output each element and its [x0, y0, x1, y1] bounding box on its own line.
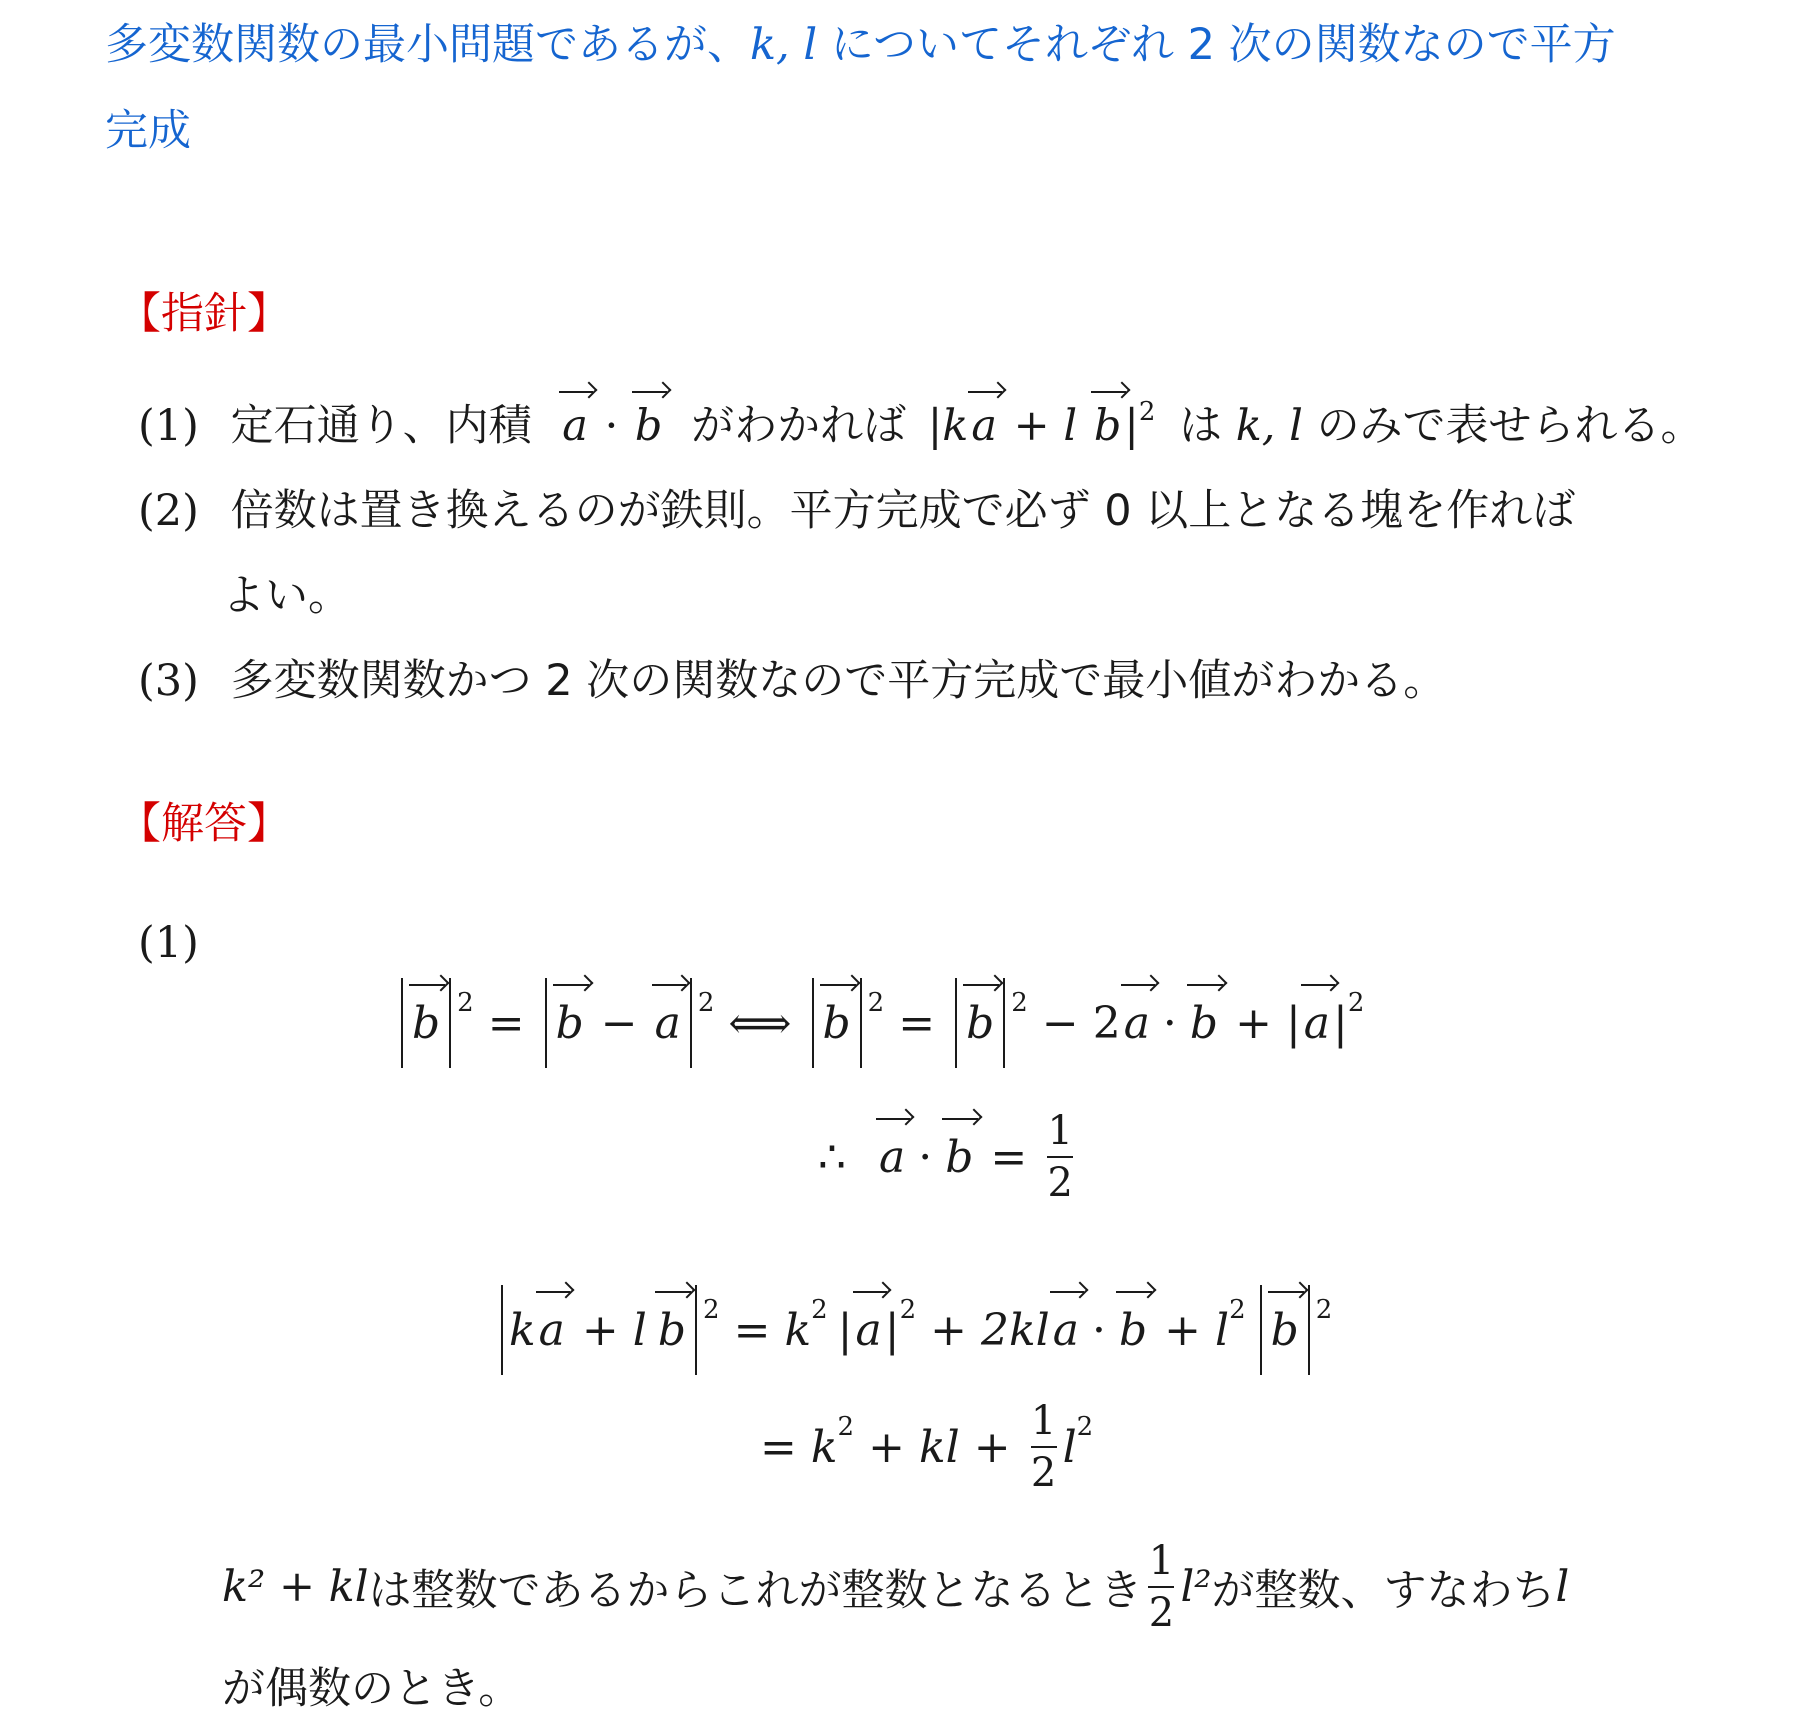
- conclusion-line-1: k² + kl は整数であるからこれが整数となるとき 1 2 l² が整数、すな…: [222, 1540, 1569, 1634]
- exponent: 2: [1348, 988, 1365, 1018]
- var-l: l: [633, 1305, 647, 1356]
- conclusion-text: が整数、すなわち: [1211, 1557, 1555, 1618]
- numerator: 1: [1031, 1400, 1056, 1442]
- equation-4: = k2 +kl + 1 2 l2: [760, 1400, 1093, 1494]
- abs-bar: [1308, 1285, 1310, 1375]
- math-l: l: [1555, 1562, 1569, 1612]
- exponent: 2: [811, 1295, 828, 1325]
- abs-expression: |ka + l b|2: [928, 401, 1156, 451]
- plus: +: [582, 1305, 619, 1356]
- plus: +: [868, 1422, 905, 1473]
- fraction-one-half: 1 2: [1031, 1400, 1057, 1494]
- plus: +: [974, 1422, 1011, 1473]
- dot-operator: ·: [605, 401, 632, 451]
- coefficient: 2: [1093, 998, 1121, 1049]
- exponent: 2: [1077, 1412, 1094, 1442]
- equals: =: [990, 1132, 1027, 1183]
- exponent: 2: [1316, 1295, 1333, 1325]
- minus: −: [601, 998, 638, 1049]
- hint-item-1: (1) 定石通り、内積 a · b がわかれば |ka + l b|2 は k,…: [138, 405, 1704, 448]
- answer-heading: 【解答】: [118, 790, 290, 851]
- plus: +: [1235, 998, 1272, 1049]
- equation-1: b2 = b−a2 ⟺ b2 = b2 −2a·b +|a|2: [395, 978, 1364, 1068]
- vector-b: b: [655, 1305, 689, 1356]
- hint-text: 多変数関数かつ 2 次の関数なので平方完成で最小値がわかる。: [231, 656, 1447, 706]
- exponent: 2: [457, 988, 474, 1018]
- vector-b: b: [1187, 998, 1221, 1049]
- plus: +: [1164, 1305, 1201, 1356]
- exponent: 2: [1229, 1295, 1246, 1325]
- abs-bar: [449, 978, 451, 1068]
- exponent: 2: [698, 988, 715, 1018]
- hint-item-2: (2) 倍数は置き換えるのが鉄則。平方完成で必ず 0 以上となる塊を作れば: [138, 490, 1575, 533]
- abs-bar: [860, 978, 862, 1068]
- plus: +: [930, 1305, 967, 1356]
- fraction-one-half: 1 2: [1148, 1540, 1174, 1634]
- intro-text: 多変数関数の最小問題であるが、: [105, 20, 750, 70]
- intro-line-2: 完成: [105, 110, 191, 153]
- vector-b: b: [963, 998, 997, 1049]
- hint-text: がわかれば: [691, 401, 906, 451]
- part-label: (1): [138, 918, 199, 968]
- numerator: 1: [1048, 1110, 1073, 1152]
- var-l: l: [1215, 1305, 1229, 1356]
- abs-bar: [545, 978, 547, 1068]
- denominator: 2: [1031, 1452, 1056, 1494]
- equals: =: [734, 1305, 771, 1356]
- denominator: 2: [1048, 1162, 1073, 1204]
- abs-bar: [1260, 1285, 1262, 1375]
- var-l: l: [1063, 1422, 1077, 1473]
- fraction-one-half: 1 2: [1047, 1110, 1073, 1204]
- abs-bar: [812, 978, 814, 1068]
- vector-a: a: [876, 1132, 908, 1183]
- abs-bar: [401, 978, 403, 1068]
- math-kl: k, l: [1236, 401, 1303, 451]
- hint-text: のみで表せられる。: [1317, 401, 1704, 451]
- fraction-bar: [1148, 1586, 1174, 1588]
- equals: =: [898, 998, 935, 1049]
- hint-item-3: (3) 多変数関数かつ 2 次の関数なので平方完成で最小値がわかる。: [138, 660, 1446, 703]
- var-k: k: [784, 1305, 811, 1356]
- vector-b: b: [1268, 1305, 1302, 1356]
- abs-bar: |: [1286, 998, 1301, 1049]
- math-k2-kl: k² + kl: [222, 1562, 368, 1612]
- fraction-bar: [1047, 1156, 1073, 1158]
- vector-a: a: [652, 998, 684, 1049]
- hint-text: 倍数は置き換えるのが鉄則。平方完成で必ず 0 以上となる塊を作れば: [231, 486, 1576, 536]
- equation-3: ka+lb2 = k2 |a|2 +2kla·b +l2 b2: [495, 1285, 1332, 1375]
- intro-text-suffix: についてそれぞれ 2 次の関数なので平方: [817, 20, 1616, 70]
- vector-a: a: [1050, 1305, 1082, 1356]
- conclusion-text: は整数であるからこれが整数となるとき: [368, 1557, 1142, 1618]
- hint-text: は: [1179, 401, 1222, 451]
- vector-a: a: [536, 1305, 568, 1356]
- equals: =: [488, 998, 525, 1049]
- iff-arrow: ⟺: [728, 998, 791, 1049]
- intro-line-1: 多変数関数の最小問題であるが、k, l についてそれぞれ 2 次の関数なので平方: [105, 24, 1616, 67]
- vector-a: a: [853, 1305, 885, 1356]
- math-l2: l²: [1180, 1562, 1211, 1612]
- var-k: k: [811, 1422, 838, 1473]
- var-k: k: [509, 1305, 536, 1356]
- abs-bar: [955, 978, 957, 1068]
- term-kl: kl: [919, 1422, 960, 1473]
- vector-b: b: [553, 998, 587, 1049]
- exponent: 2: [868, 988, 885, 1018]
- equals: =: [760, 1422, 797, 1473]
- exponent: 2: [838, 1412, 855, 1442]
- exponent: 2: [703, 1295, 720, 1325]
- abs-bar: [695, 1285, 697, 1375]
- vector-b: b: [409, 998, 443, 1049]
- hint-item-number: (2): [138, 486, 199, 536]
- fraction-bar: [1031, 1446, 1057, 1448]
- denominator: 2: [1149, 1592, 1174, 1634]
- vector-a: a: [1121, 998, 1153, 1049]
- equation-2: ∴ a·b = 1 2: [818, 1110, 1079, 1204]
- conclusion-line-2: が偶数のとき。: [222, 1655, 521, 1716]
- intro-math-kl: k, l: [750, 20, 817, 70]
- abs-bar: [1003, 978, 1005, 1068]
- numerator: 1: [1149, 1540, 1174, 1582]
- vector-a: a: [1301, 998, 1333, 1049]
- abs-bar: |: [838, 1305, 853, 1356]
- term-2kl: 2kl: [981, 1305, 1050, 1356]
- hint-heading: 【指針】: [118, 280, 290, 341]
- vector-b: b: [820, 998, 854, 1049]
- vector-b: b: [942, 1132, 976, 1183]
- abs-bar: [501, 1285, 503, 1375]
- hint-text: 定石通り、内積: [231, 401, 532, 451]
- hint-item-2-cont: よい。: [222, 575, 351, 618]
- abs-bar: |: [885, 1305, 900, 1356]
- therefore-symbol: ∴: [818, 1132, 846, 1183]
- hint-item-number: (3): [138, 656, 199, 706]
- vector-b: b: [632, 405, 666, 448]
- dot-operator: ·: [1163, 998, 1177, 1049]
- dot-operator: ·: [918, 1132, 932, 1183]
- exponent: 2: [1011, 988, 1028, 1018]
- exponent: 2: [900, 1295, 917, 1325]
- vector-a: a: [559, 405, 591, 448]
- abs-bar: [690, 978, 692, 1068]
- dot-operator: ·: [1092, 1305, 1106, 1356]
- vector-b: b: [1116, 1305, 1150, 1356]
- hint-item-number: (1): [138, 401, 199, 451]
- abs-bar: |: [1333, 998, 1348, 1049]
- minus: −: [1042, 998, 1079, 1049]
